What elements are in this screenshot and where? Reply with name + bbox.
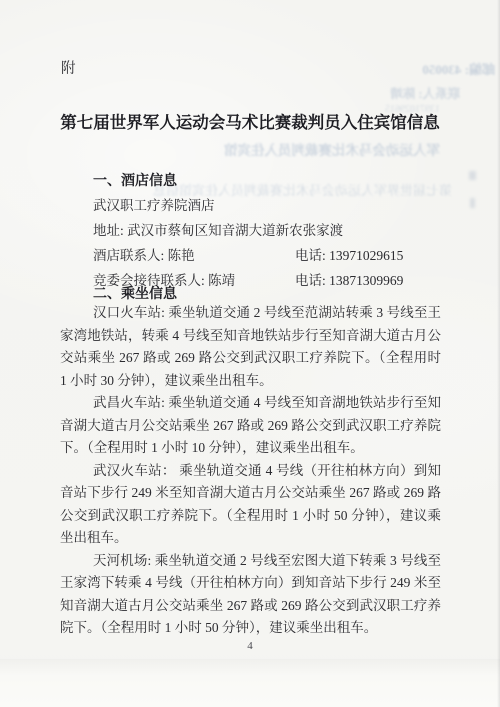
section-heading-hotel-info: 一、酒店信息 xyxy=(93,170,177,190)
scan-bottom-band xyxy=(0,659,500,707)
bleedthrough-line: 联系人: 陈靖 xyxy=(358,84,460,102)
hotel-contact-name: 酒店联系人: 陈艳 xyxy=(93,248,195,263)
document-title: 第七届世界军人运动会马术比赛裁判员入住宾馆信息 xyxy=(40,109,460,133)
scan-artifact xyxy=(470,198,475,208)
committee-contact-phone: 电话: 13871309969 xyxy=(295,268,403,293)
scan-artifact xyxy=(469,171,476,180)
bleedthrough-line: 邮编: 430050 xyxy=(383,59,495,78)
scanned-document-page: 邮编: 430050 联系人: 陈靖 13971029615 军人运动会马术比赛… xyxy=(0,0,500,707)
paragraph-hankou-station: 汉口火车站: 乘坐轨道交通 2 号线至范湖站转乘 3 号线至王家湾地铁站，转乘 … xyxy=(60,302,441,392)
hotel-contact-row: 酒店联系人: 陈艳 电话: 13971029615 xyxy=(93,243,443,268)
attachment-label: 附 xyxy=(61,57,77,78)
paragraph-wuchang-station: 武昌火车站: 乘坐轨道交通 4 号线至知音湖地铁站步行至知音湖大道古月公交站乘坐… xyxy=(60,392,441,460)
hotel-name: 武汉职工疗养院酒店 xyxy=(93,193,443,218)
bleedthrough-line: 军人运动会马术比赛裁判员入住宾馆 xyxy=(208,139,440,159)
section-heading-transport-info: 二、乘坐信息 xyxy=(93,283,177,303)
hotel-address: 地址: 武汉市蔡甸区知音湖大道新农张家渡 xyxy=(93,218,443,243)
transport-paragraphs: 汉口火车站: 乘坐轨道交通 2 号线至范湖站转乘 3 号线至王家湾地铁站，转乘 … xyxy=(60,302,441,640)
hotel-contact-phone: 电话: 13971029615 xyxy=(295,243,403,268)
paragraph-tianhe-airport: 天河机场: 乘坐轨道交通 2 号线至宏图大道下转乘 3 号线至王家湾下转乘 4 … xyxy=(60,550,441,640)
hotel-info-block: 武汉职工疗养院酒店 地址: 武汉市蔡甸区知音湖大道新农张家渡 酒店联系人: 陈艳… xyxy=(93,193,443,293)
paragraph-wuhan-station: 武汉火车站： 乘坐轨道交通 4 号线（开往柏林方向）到知音站下步行 249 米至… xyxy=(60,460,441,550)
page-number: 4 xyxy=(0,640,500,652)
